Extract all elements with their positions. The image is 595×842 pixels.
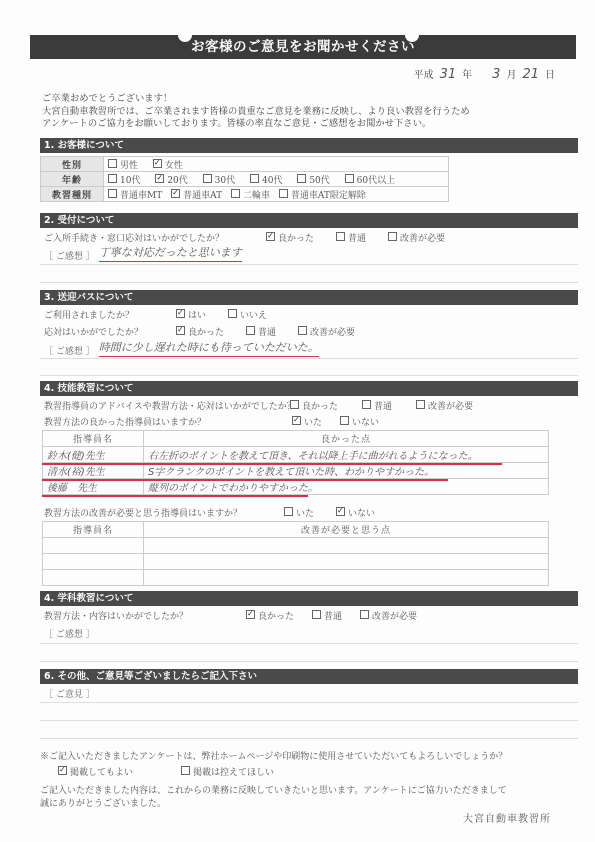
survey-title: お客様のご意見をお聞かせください <box>30 35 576 59</box>
col-improve-points: 改善が必要と思う点 <box>144 522 549 538</box>
instructor-name[interactable]: 後藤 先生 <box>47 483 97 494</box>
instructor-name-cell[interactable] <box>43 554 144 570</box>
col-instructor-name: 指導員名 <box>43 431 144 447</box>
year-value[interactable]: 31 <box>440 67 457 82</box>
table-row: 鈴木(健)先生 右左折のポイントを教えて頂き、それ以降上手に曲がれるようになった… <box>43 447 549 463</box>
gender-label: 性別 <box>41 157 104 172</box>
writing-line <box>40 282 578 283</box>
month-label: 月 <box>506 66 516 81</box>
section-header-practical-lessons: 4. 技能教習について <box>40 381 578 396</box>
checkbox-icon <box>297 174 306 183</box>
instructor-name[interactable]: 鈴木(健)先生 <box>47 451 105 462</box>
col-good-points: 良かった点 <box>144 431 549 447</box>
reception-comment-row: ［ ご感想 ］ 丁寧な対応だったと思います <box>44 244 242 262</box>
writing-line <box>40 661 578 662</box>
checkbox-checked-icon <box>171 189 180 198</box>
improve-instructor-question: 教習方法の改善が必要と思う指導員はいますか？ <box>44 506 284 519</box>
classroom-comment-row: ［ ご感想 ］ <box>44 627 95 640</box>
course-at-checkbox[interactable]: 普通車AT <box>171 188 222 201</box>
era-label: 平成 <box>414 66 434 81</box>
checkbox-icon <box>362 400 371 409</box>
checkbox-icon <box>279 189 288 198</box>
bus-used-row: ご利用されましたか？ はい いいえ <box>44 308 279 321</box>
reception-question: ご入所手続き・窓口応対はいかがでしたか？ <box>44 231 266 244</box>
consent-allow-checkbox[interactable]: 掲載してもよい <box>58 765 133 778</box>
bus-service-question: 応対はいかがでしたか？ <box>44 325 176 338</box>
writing-line <box>40 720 578 721</box>
checkbox-icon <box>290 400 299 409</box>
improve-instructor-table: 指導員名 改善が必要と思う点 <box>42 521 549 586</box>
comment-label: ［ ご感想 ］ <box>44 627 95 640</box>
advice-normal-checkbox[interactable]: 普通 <box>362 399 392 412</box>
customer-info-table: 性別 男性 女性 年齢 10代 20代 30代 40代 50代 60代以上 教習… <box>40 156 449 202</box>
improve-instructor-yes-checkbox[interactable]: いた <box>284 506 314 519</box>
red-underline <box>42 479 448 481</box>
writing-line <box>40 643 578 644</box>
instructor-name-cell[interactable] <box>43 538 144 554</box>
good-instructor-question: 教習方法の良かった指導員はいますか？ <box>44 415 292 428</box>
classroom-normal-checkbox[interactable]: 普通 <box>312 609 342 622</box>
section-header-customer: 1. お客様について <box>40 138 578 153</box>
closing-line: ご記入いただきました内容は、これからの業務に反映していきたいと思います。アンケー… <box>40 785 507 798</box>
gender-male-checkbox[interactable]: 男性 <box>108 158 138 171</box>
checkbox-icon <box>345 174 354 183</box>
checkbox-icon <box>312 610 321 619</box>
course-mt-checkbox[interactable]: 普通車MT <box>108 188 162 201</box>
punch-hole <box>405 28 419 42</box>
instructor-advice-question: 教習指導員のアドバイスや教習方法・応対はいかがでしたか？ <box>44 399 290 412</box>
improve-point-cell[interactable] <box>144 538 549 554</box>
gender-row: 性別 男性 女性 <box>41 157 449 172</box>
checkbox-icon <box>388 232 397 241</box>
day-value[interactable]: 21 <box>522 67 539 82</box>
advice-good-checkbox[interactable]: 良かった <box>290 399 338 412</box>
checkbox-icon <box>298 326 307 335</box>
checkbox-icon <box>108 159 117 168</box>
bus-improve-checkbox[interactable]: 改善が必要 <box>298 325 355 338</box>
comment-label: ［ ご感想 ］ <box>44 249 95 262</box>
consent-decline-checkbox[interactable]: 掲載は控えてほしい <box>181 765 274 778</box>
date-line: 平成 31 年 3 月 21 日 <box>414 66 555 82</box>
bus-used-question: ご利用されましたか？ <box>44 308 176 321</box>
bus-comment[interactable]: 時間に少し遅れた時にも待っていただいた。 <box>99 339 319 357</box>
section-header-reception: 2. 受付について <box>40 213 578 228</box>
writing-line <box>40 702 578 703</box>
improve-instructor-no-checkbox[interactable]: いない <box>336 506 375 519</box>
age-60s-checkbox[interactable]: 60代以上 <box>345 173 395 186</box>
checkbox-checked-icon <box>153 159 162 168</box>
good-point[interactable]: 右左折のポイントを教えて頂き、それ以降上手に曲がれるようになった。 <box>148 451 478 462</box>
reception-comment[interactable]: 丁寧な対応だったと思います <box>99 244 242 262</box>
intro-line: 大宮自動車教習所では、ご卒業されます皆様の貴重なご意見を業務に反映し、より良い教… <box>42 106 470 119</box>
bus-service-row: 応対はいかがでしたか？ 良かった 普通 改善が必要 <box>44 325 367 338</box>
good-point[interactable]: S字クランクのポイントを教えて頂いた時、わかりやすかった。 <box>148 467 434 478</box>
checkbox-icon <box>108 174 117 183</box>
classroom-good-checkbox[interactable]: 良かった <box>246 609 294 622</box>
checkbox-icon <box>250 174 259 183</box>
course-motorcycle-checkbox[interactable]: 二輪車 <box>231 188 270 201</box>
writing-line <box>40 738 578 739</box>
age-20s-checkbox[interactable]: 20代 <box>155 173 187 186</box>
age-40s-checkbox[interactable]: 40代 <box>250 173 282 186</box>
good-instructor-yes-checkbox[interactable]: いた <box>292 415 322 428</box>
writing-line <box>40 375 578 376</box>
consent-options-row: 掲載してもよい 掲載は控えてほしい <box>58 765 286 778</box>
age-row: 年齢 10代 20代 30代 40代 50代 60代以上 <box>41 172 449 187</box>
course-type-row: 教習種別 普通車MT 普通車AT 二輪車 普通車AT限定解除 <box>41 187 449 202</box>
checkbox-checked-icon <box>336 507 345 516</box>
checkbox-icon <box>360 610 369 619</box>
bus-used-no-checkbox[interactable]: いいえ <box>228 308 267 321</box>
good-instructor-row: 教習方法の良かった指導員はいますか？ いた いない <box>44 415 391 428</box>
red-underline <box>42 463 502 465</box>
checkbox-icon <box>108 189 117 198</box>
writing-line <box>40 264 578 265</box>
age-50s-checkbox[interactable]: 50代 <box>297 173 329 186</box>
course-type-label: 教習種別 <box>41 187 104 202</box>
table-row <box>43 570 549 586</box>
month-value[interactable]: 3 <box>492 67 500 82</box>
gender-female-checkbox[interactable]: 女性 <box>153 158 183 171</box>
reception-good-checkbox[interactable]: 良かった <box>266 231 314 244</box>
improve-point-cell[interactable] <box>144 554 549 570</box>
section-header-classroom-lessons: 4. 学科教習について <box>40 591 578 606</box>
section-header-other-comments: 6. その他、ご意見等ございましたらご記入下さい <box>40 669 578 684</box>
intro-text: ご卒業おめでとうございます！ 大宮自動車教習所では、ご卒業されます皆様の貴重なご… <box>42 93 470 131</box>
comment-label: ［ ご感想 ］ <box>44 344 95 357</box>
instructor-name-cell[interactable] <box>43 570 144 586</box>
good-instructor-no-checkbox[interactable]: いない <box>340 415 379 428</box>
organization-name: 大宮自動車教習所 <box>463 810 551 825</box>
bus-normal-checkbox[interactable]: 普通 <box>246 325 276 338</box>
table-header: 指導員名 良かった点 <box>43 431 549 447</box>
intro-line: ご卒業おめでとうございます！ <box>42 93 470 106</box>
bus-comment-row: ［ ご感想 ］ 時間に少し遅れた時にも待っていただいた。 <box>44 339 319 357</box>
closing-line: 誠にありがとうございました。 <box>40 798 507 811</box>
checkbox-checked-icon <box>292 416 301 425</box>
course-at-removal-checkbox[interactable]: 普通車AT限定解除 <box>279 188 366 201</box>
closing-text: ご記入いただきました内容は、これからの業務に反映していきたいと思います。アンケー… <box>40 785 507 810</box>
checkbox-icon <box>231 189 240 198</box>
classroom-improve-checkbox[interactable]: 改善が必要 <box>360 609 417 622</box>
bus-used-yes-checkbox[interactable]: はい <box>176 308 206 321</box>
age-label: 年齢 <box>41 172 104 187</box>
checkbox-icon <box>228 309 237 318</box>
section-header-shuttle-bus: 3. 送迎バスについて <box>40 290 578 305</box>
instructor-name[interactable]: 清水(裕)先生 <box>47 467 105 478</box>
table-row <box>43 554 549 570</box>
checkbox-icon <box>181 766 190 775</box>
checkbox-checked-icon <box>176 326 185 335</box>
table-row <box>43 538 549 554</box>
reception-normal-checkbox[interactable]: 普通 <box>336 231 366 244</box>
red-underline <box>42 495 308 497</box>
classroom-question-row: 教習方法・内容はいかがでしたか？ 良かった 普通 改善が必要 <box>44 609 429 622</box>
reception-improve-checkbox[interactable]: 改善が必要 <box>388 231 445 244</box>
age-30s-checkbox[interactable]: 30代 <box>203 173 235 186</box>
checkbox-checked-icon <box>246 610 255 619</box>
checkbox-checked-icon <box>58 766 67 775</box>
checkbox-icon <box>340 416 349 425</box>
reception-question-row: ご入所手続き・窓口応対はいかがでしたか？ 良かった 普通 改善が必要 <box>44 231 457 244</box>
comment-label: ［ ご意見 ］ <box>44 687 95 700</box>
checkbox-checked-icon <box>266 232 275 241</box>
advice-improve-checkbox[interactable]: 改善が必要 <box>416 399 473 412</box>
improve-point-cell[interactable] <box>144 570 549 586</box>
checkbox-icon <box>336 232 345 241</box>
writing-line <box>40 358 578 359</box>
intro-line: アンケートのご協力をお願いしております。皆様の率直なご意見・ご感想をお聞かせ下さ… <box>42 118 470 131</box>
checkbox-icon <box>416 400 425 409</box>
good-point[interactable]: 縦列のポイントでわかりやすかった。 <box>148 483 318 494</box>
other-comment-row: ［ ご意見 ］ <box>44 687 95 700</box>
punch-hole <box>178 28 192 42</box>
age-10s-checkbox[interactable]: 10代 <box>108 173 140 186</box>
checkbox-checked-icon <box>155 174 164 183</box>
year-label: 年 <box>462 66 472 81</box>
consent-question: ※ご記入いただきましたアンケートは、弊社ホームページや印刷物に使用させていただい… <box>40 751 507 764</box>
checkbox-icon <box>203 174 212 183</box>
checkbox-icon <box>284 507 293 516</box>
table-header: 指導員名 改善が必要と思う点 <box>43 522 549 538</box>
classroom-question: 教習方法・内容はいかがでしたか？ <box>44 609 246 622</box>
checkbox-checked-icon <box>176 309 185 318</box>
bus-good-checkbox[interactable]: 良かった <box>176 325 224 338</box>
improve-instructor-row: 教習方法の改善が必要と思う指導員はいますか？ いた いない <box>44 506 387 519</box>
checkbox-icon <box>246 326 255 335</box>
day-label: 日 <box>545 66 555 81</box>
instructor-advice-row: 教習指導員のアドバイスや教習方法・応対はいかがでしたか？ 良かった 普通 改善が… <box>44 399 485 412</box>
col-instructor-name: 指導員名 <box>43 522 144 538</box>
